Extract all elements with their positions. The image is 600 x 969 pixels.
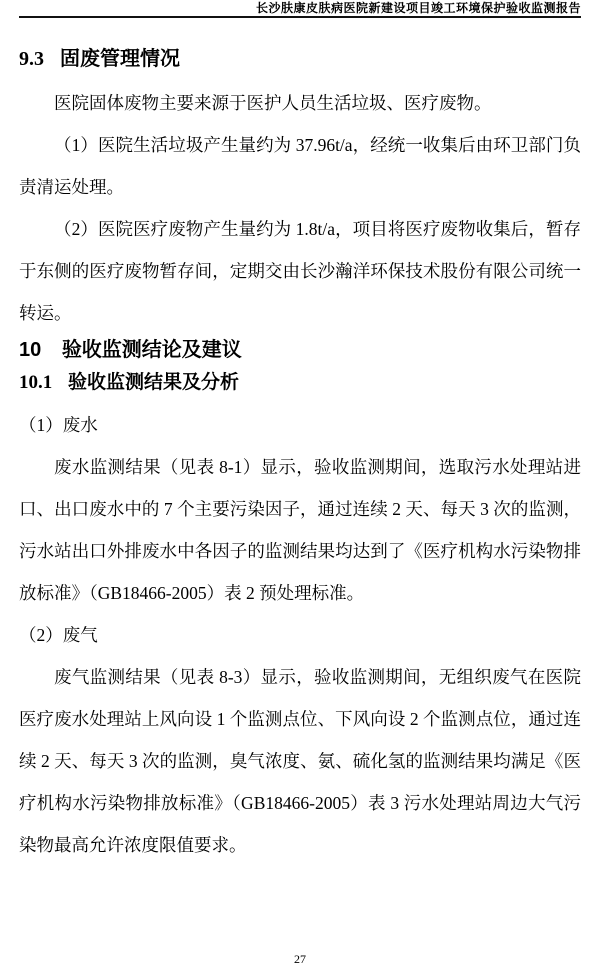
label-wastewater: （1）废水 xyxy=(19,404,581,446)
page-footer: 27 xyxy=(0,952,600,966)
page-content: 9.3 固废管理情况 医院固体废物主要来源于医护人员生活垃圾、医疗废物。 （1）… xyxy=(19,45,581,866)
paragraph-medical-waste: （2）医院医疗废物产生量约为 1.8t/a，项目将医疗废物收集后，暂存于东侧的医… xyxy=(19,208,581,334)
label-waste-gas: （2）废气 xyxy=(19,614,581,656)
paragraph-waste-gas-results: 废气监测结果（见表 8-3）显示，验收监测期间，无组织废气在医院医疗废水处理站上… xyxy=(19,656,581,866)
document-page: 长沙肤康皮肤病医院新建设项目竣工环境保护验收监测报告 9.3 固废管理情况 医院… xyxy=(0,0,600,969)
section-title-10-1: 验收监测结果及分析 xyxy=(68,372,239,393)
paragraph-wastewater-results: 废水监测结果（见表 8-1）显示，验收监测期间，选取污水处理站进口、出口废水中的… xyxy=(19,446,581,614)
section-number-10-1: 10.1 xyxy=(19,372,52,393)
section-heading-10: 10 验收监测结论及建议 xyxy=(19,336,581,364)
page-number: 27 xyxy=(294,952,306,966)
section-heading-10-1: 10.1 验收监测结果及分析 xyxy=(19,370,581,396)
section-number-10: 10 xyxy=(19,339,41,361)
paragraph-solid-waste-intro: 医院固体废物主要来源于医护人员生活垃圾、医疗废物。 xyxy=(19,82,581,124)
section-heading-9-3: 9.3 固废管理情况 xyxy=(19,45,581,73)
section-title-9-3: 固废管理情况 xyxy=(60,48,180,70)
page-header: 长沙肤康皮肤病医院新建设项目竣工环境保护验收监测报告 xyxy=(19,0,581,18)
paragraph-domestic-garbage: （1）医院生活垃圾产生量约为 37.96t/a，经统一收集后由环卫部门负责清运处… xyxy=(19,124,581,208)
section-title-10: 验收监测结论及建议 xyxy=(62,339,242,361)
report-running-title: 长沙肤康皮肤病医院新建设项目竣工环境保护验收监测报告 xyxy=(256,1,581,15)
section-number-9-3: 9.3 xyxy=(19,48,44,70)
